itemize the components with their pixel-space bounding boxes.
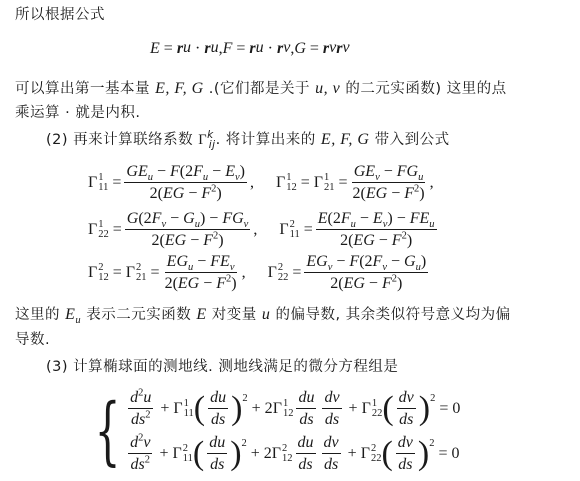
geodesic-system: { d2uds2 + Γ111 (duds)2 + 2Γ112 dudsdvds… <box>84 386 460 476</box>
text-span: 的二元实函数) 这里的点 <box>345 81 506 97</box>
text-span: 可以算出第一基本量 <box>15 81 150 97</box>
text-step-3: (3) 计算椭球面的测地线. 测地线满足的微分方程组是 <box>46 357 398 377</box>
math-uv: u, v <box>315 80 340 97</box>
text-span: 对变量 <box>212 307 257 323</box>
christoffel-row-2: Γ122 = G(2Fv − Gu) − FGv2(EG − F2), Γ211… <box>88 209 440 250</box>
text-span: (2) 再来计算联络系数 <box>46 132 193 148</box>
text-span: 带入到公式 <box>375 132 450 148</box>
left-brace: { <box>95 394 121 468</box>
text-span: 这里的 <box>15 307 60 323</box>
equation-first-fundamental: E = ru · ru,F = ru · rv,G = rvrv <box>150 40 350 58</box>
rhs: = 0 <box>438 445 459 463</box>
text-span: 的偏导数, 其余类似符号意义均为偏 <box>275 307 510 323</box>
text-inner-product: 乘运算 · 就是内积. <box>15 103 140 123</box>
rhs: = 0 <box>439 400 460 418</box>
geodesic-eq-u: d2uds2 + Γ111 (duds)2 + 2Γ112 dudsdvds +… <box>125 388 460 429</box>
geodesic-eq-v: d2vds2 + Γ211 (duds)2 + 2Γ212 dudsdvds +… <box>125 433 460 474</box>
christoffel-row-1: Γ111 = GEu − F(2Fu − Ev)2(EG − F2), Γ112… <box>88 162 434 203</box>
text-span: . 将计算出来的 <box>216 132 316 148</box>
text-first-fundamental-desc: 可以算出第一基本量 E, F, G .(它们都是关于 u, v 的二元实函数) … <box>15 79 507 99</box>
math-efg: E, F, G <box>155 80 204 97</box>
text-derivative-end: 导数. <box>15 330 50 350</box>
text-intro: 所以根据公式 <box>15 5 105 25</box>
text-step-2: (2) 再来计算联络系数 Γkij. 将计算出来的 E, F, G 带入到公式 <box>46 130 450 150</box>
christoffel-row-3: Γ212 = Γ221 = EGu − FEv2(EG − F2), Γ222 … <box>88 252 431 293</box>
text-span: 表示二元实函数 <box>86 307 191 323</box>
text-span: .(它们都是关于 <box>209 81 310 97</box>
text-partial-derivative-desc: 这里的 Eu 表示二元实函数 E 对变量 u 的偏导数, 其余类似符号意义均为偏 <box>15 305 511 325</box>
